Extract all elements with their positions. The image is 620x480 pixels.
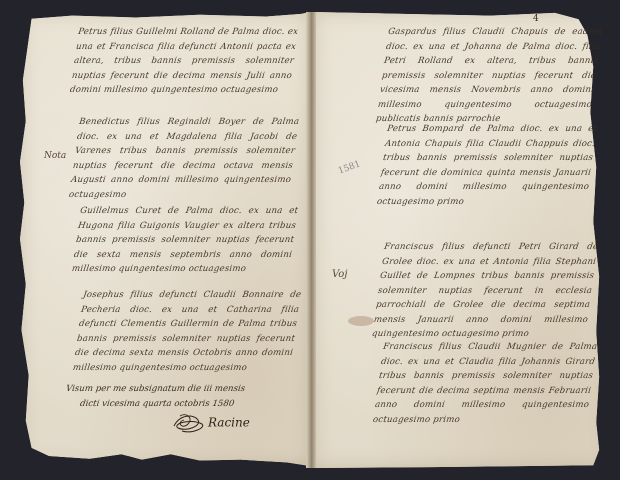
closing-line-1: Visum per me subsignatum die iii mensis [65, 382, 307, 396]
right-margin-note: Voj [332, 269, 347, 280]
right-entry-2: Petrus Bompard de Palma dioc. ex una et … [376, 122, 598, 209]
left-entry-3: Guillelmus Curet de Palma dioc. ex una e… [71, 204, 299, 277]
paper-stain [348, 316, 374, 326]
right-entry-4: Franciscus filius Claudii Mugnier de Pal… [372, 340, 598, 427]
left-entry-4: Josephus filius defuncti Claudii Bonnair… [72, 288, 302, 375]
right-entry-1: Gaspardus filius Claudii Chapuis de eade… [375, 25, 603, 127]
left-entry-2: Benedictus filius Reginaldi Boyer de Pal… [68, 115, 300, 202]
signature: Racine [172, 412, 250, 434]
left-entry-1: Petrus filius Guillelmi Rolland de Palma… [69, 25, 299, 98]
page-number: 4 [533, 14, 539, 24]
right-entry-3: Franciscus filius defuncti Petri Girard … [371, 240, 599, 342]
signature-name: Racine [208, 416, 250, 430]
left-margin-note: Nota [44, 151, 66, 161]
closing-line-2: dicti vicesima quarta octobris 1580 [79, 397, 301, 411]
signature-flourish-icon [172, 412, 206, 434]
binding-gutter [306, 12, 316, 468]
